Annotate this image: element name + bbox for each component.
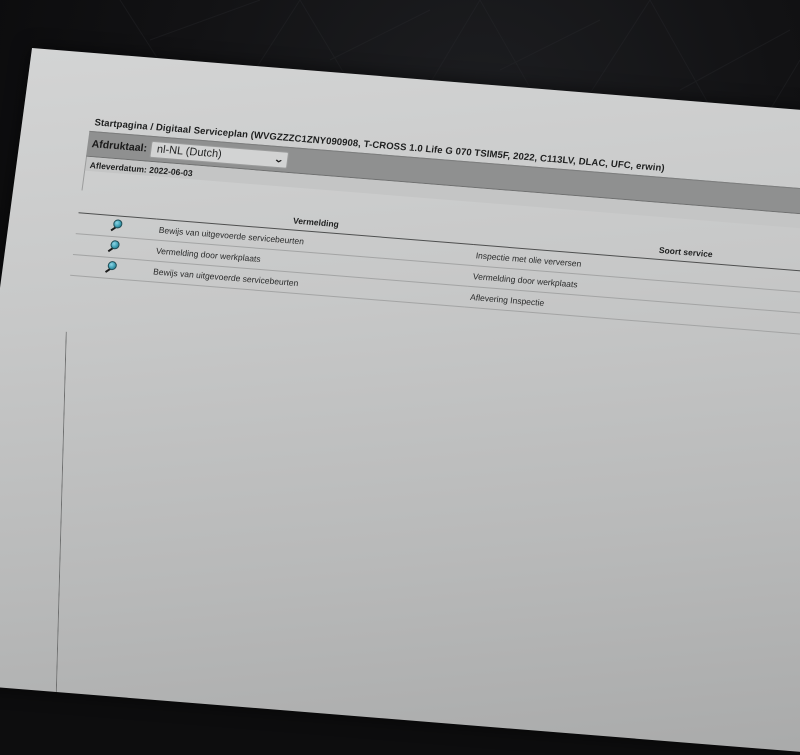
- paper-fold-line: [0, 326, 67, 600]
- printed-page: Startpagina / Digitaal Serviceplan (WVGZ…: [0, 48, 800, 600]
- print-language-label: Afdruktaal:: [91, 138, 148, 154]
- print-language-value: nl-NL (Dutch): [156, 143, 222, 160]
- magnifier-icon[interactable]: [106, 240, 122, 253]
- magnifier-icon[interactable]: [108, 219, 124, 232]
- breadcrumb-home-link[interactable]: Startpagina: [94, 117, 149, 132]
- service-plan-page: Startpagina / Digitaal Serviceplan (WVGZ…: [70, 113, 800, 342]
- chevron-down-icon: ⌄: [273, 153, 285, 165]
- magnifier-icon[interactable]: [103, 260, 119, 273]
